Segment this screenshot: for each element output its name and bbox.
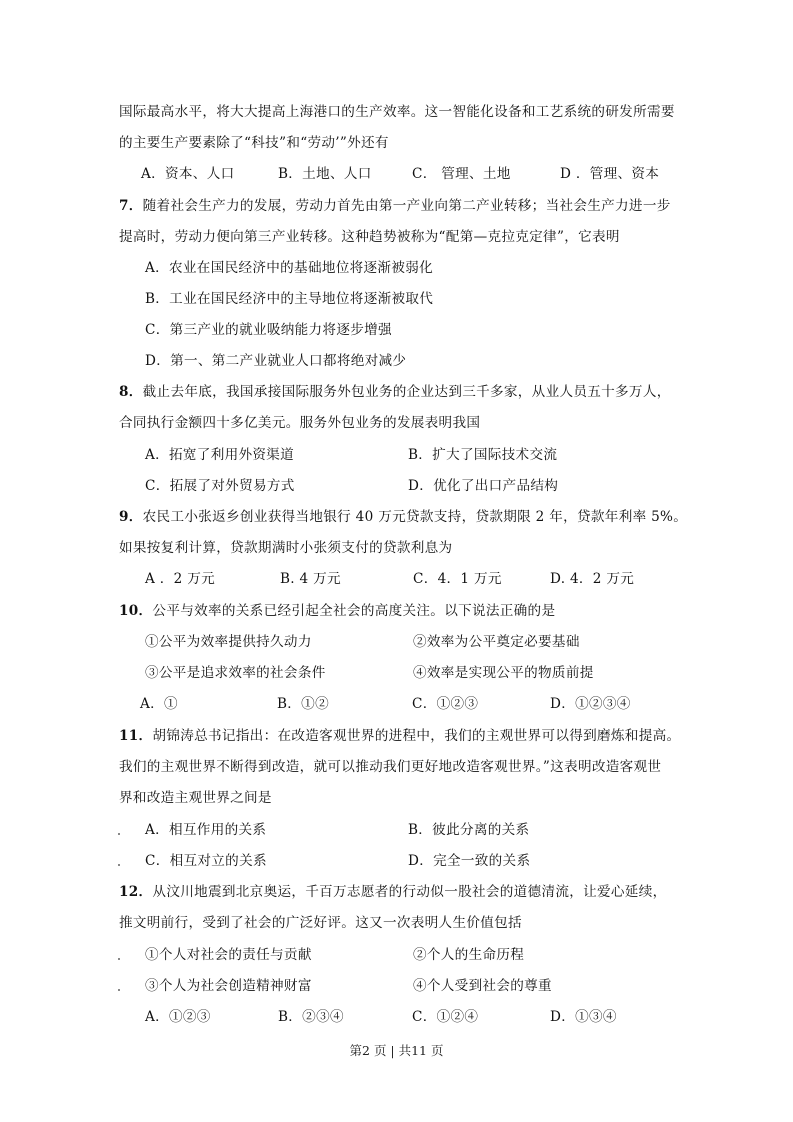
question-10-statement-4: ④效率是实现公平的物质前提 [413,664,594,682]
question-11-line-2: 我们的主观世界不断得到改造，就可以推动我们更好地改造客观世界。”这表明改造客观世 [119,758,661,776]
question-8-line-2: 合同执行金额四十多亿美元。服务外包业务的发展表明我国 [119,414,480,432]
question-8-option-a: A．拓宽了利用外资渠道 [145,446,294,464]
question-12-statement-2: ②个人的生命历程 [413,946,524,964]
stray-mark [118,958,120,960]
question-8-line-1: 8．截止去年底，我国承接国际服务外包业务的企业达到三千多家，从业人员五十多万人， [119,383,671,401]
question-6-option-a: A．资本、人口 [141,165,234,183]
question-6-option-b: B．土地、人口 [278,165,372,183]
stray-mark [118,989,120,991]
question-12-line-2: 推文明前行，受到了社会的广泛好评。这又一次表明人生价值包括 [119,914,522,932]
question-12-option-b: B．②③④ [278,1008,344,1026]
question-11-number: 11． [119,728,152,744]
question-10-option-b: B．①② [277,695,329,713]
question-12-statement-1: ①个人对社会的责任与贡献 [145,946,312,964]
question-7-option-d: D．第一、第二产业就业人口都将绝对减少 [145,352,406,370]
question-11-option-c: C．相互对立的关系 [145,852,267,870]
question-11-option-a: A．相互作用的关系 [145,821,266,839]
question-7-option-b: B．工业在国民经济中的主导地位将逐渐被取代 [145,290,433,308]
question-11-text: 胡锦涛总书记指出：在改造客观世界的进程中，我们的主观世界可以得到磨炼和提高。 [152,728,680,744]
question-10-line-1: 10．公平与效率的关系已经引起全社会的高度关注。以下说法正确的是 [119,602,555,620]
question-10-option-a: A．① [140,695,178,713]
stray-mark [118,864,120,866]
question-12-option-c: C．①②④ [412,1008,478,1026]
question-10-number: 10． [119,603,152,619]
question-10-statement-1: ①公平为效率提供持久动力 [145,633,312,651]
question-6-line-2: 的主要生产要素除了“科技”和“劳动’”外还有 [119,134,389,152]
question-12-option-a: A．①②③ [145,1008,211,1026]
question-7-number: 7． [119,198,143,214]
question-12-number: 12． [119,884,152,900]
question-7-line-1: 7．随着社会生产力的发展，劳动力首先由第一产业向第二产业转移；当社会生产力进一步 [119,197,671,215]
question-12-statement-4: ④个人受到社会的尊重 [413,977,552,995]
question-10-statement-2: ②效率为公平奠定必要基础 [413,633,580,651]
question-6-option-c: C． 管理、土地 [412,165,511,183]
question-8-option-d: D．优化了出口产品结构 [408,477,558,495]
question-8-number: 8． [119,384,143,400]
question-11-line-3: 界和改造主观世界之间是 [119,789,272,807]
question-12-text: 从汶川地震到北京奥运，千百万志愿者的行动似一股社会的道德清流，让爱心延续， [152,884,666,900]
question-6-line-1: 国际最高水平，将大大提高上海港口的生产效率。这一智能化设备和工艺系统的研发所需要 [119,103,675,121]
document-page: 国际最高水平，将大大提高上海港口的生产效率。这一智能化设备和工艺系统的研发所需要… [0,0,793,1122]
question-7-line-2: 提高时，劳动力便向第三产业转移。这种趋势被称为“配第—克拉克定律”，它表明 [119,228,620,246]
question-9-number: 9． [119,509,143,525]
question-10-text: 公平与效率的关系已经引起全社会的高度关注。以下说法正确的是 [152,603,555,619]
question-8-text: 截止去年底，我国承接国际服务外包业务的企业达到三千多家，从业人员五十多万人， [143,384,671,400]
question-9-line-2: 如果按复利计算，贷款期满时小张须支付的贷款利息为 [119,539,452,557]
stray-mark [118,833,120,835]
question-11-option-d: D．完全一致的关系 [408,852,530,870]
question-11-line-1: 11．胡锦涛总书记指出：在改造客观世界的进程中，我们的主观世界可以得到磨炼和提高… [119,727,680,745]
question-10-option-d: D．①②③④ [550,695,631,713]
question-9-option-d: D. 4．2 万元 [550,570,634,588]
question-12-statement-3: ③个人为社会创造精神财富 [145,977,312,995]
question-9-text: 农民工小张返乡创业获得当地银行 40 万元贷款支持，贷款期限 2 年，贷款年利率… [143,509,688,525]
question-10-statement-3: ③公平是追求效率的社会条件 [145,664,326,682]
question-6-option-d: D ．管理、资本 [560,165,659,183]
question-8-option-b: B．扩大了国际技术交流 [408,446,557,464]
question-12-line-1: 12．从汶川地震到北京奥运，千百万志愿者的行动似一股社会的道德清流，让爱心延续， [119,883,667,901]
question-7-text: 随着社会生产力的发展，劳动力首先由第一产业向第二产业转移；当社会生产力进一步 [143,198,671,214]
question-9-line-1: 9．农民工小张返乡创业获得当地银行 40 万元贷款支持，贷款期限 2 年，贷款年… [119,508,687,526]
question-12-option-d: D．①③④ [550,1008,617,1026]
question-7-option-a: A．农业在国民经济中的基础地位将逐渐被弱化 [145,259,433,277]
question-11-option-b: B．彼此分离的关系 [408,821,529,839]
question-8-option-c: C．拓展了对外贸易方式 [145,477,295,495]
question-10-option-c: C．①②③ [412,695,478,713]
question-9-option-c: C．4．1 万元 [413,570,502,588]
question-9-option-b: B. 4 万元 [280,570,341,588]
question-7-option-c: C．第三产业的就业吸纳能力将逐步增强 [145,321,392,339]
page-footer: 第2 页 | 共11 页 [0,1041,793,1059]
question-9-option-a: A ．2 万元 [145,570,215,588]
